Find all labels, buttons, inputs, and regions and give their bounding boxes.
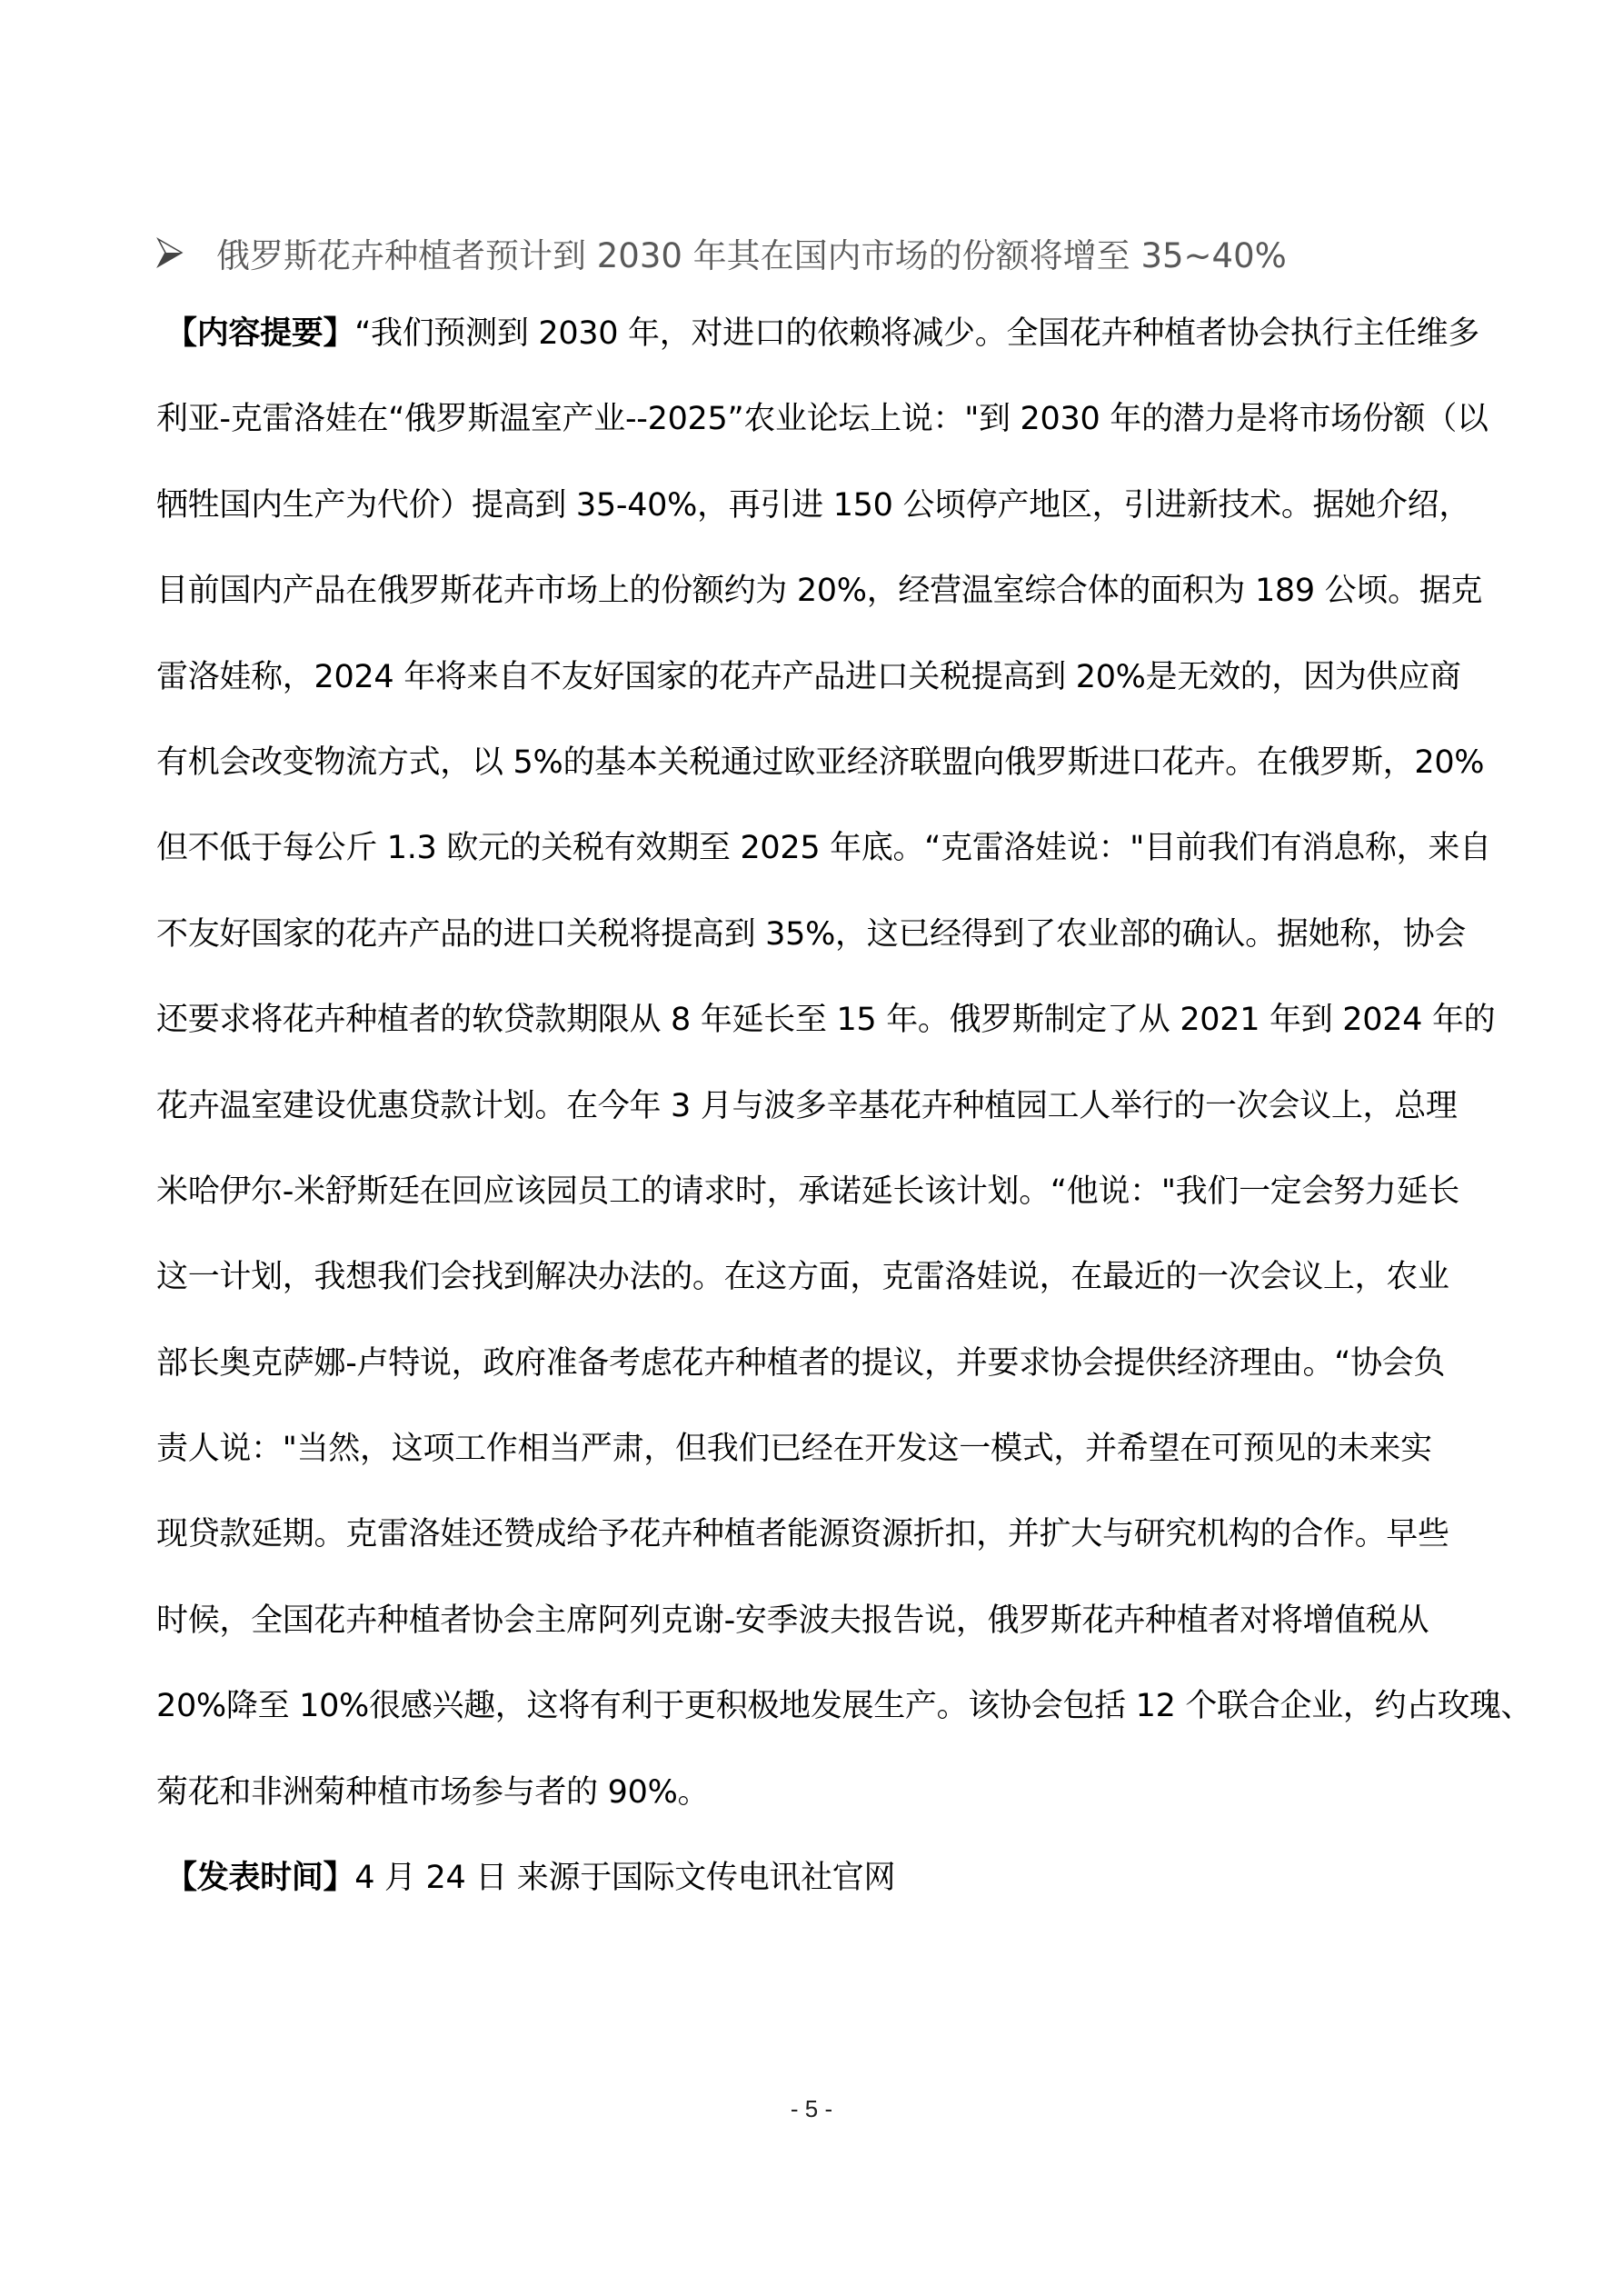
summary-line: 责人说："当然，这项工作相当严肃，但我们已经在开发这一模式，并希望在可预见的未来…	[156, 1423, 1483, 1508]
document-page: 俄罗斯花卉种植者预计到 2030 年其在国内市场的份额将增至 35~40% 【内…	[0, 0, 1623, 2296]
summary-line: 现贷款延期。克雷洛娃还赞成给予花卉种植者能源资源折扣，并扩大与研究机构的合作。早…	[156, 1508, 1483, 1593]
heading-text: 俄罗斯花卉种植者预计到 2030 年其在国内市场的份额将增至 35~40%	[216, 228, 1287, 277]
summary-line: 米哈伊尔-米舒斯廷在回应该园员工的请求时，承诺延长该计划。“他说："我们一定会努…	[156, 1165, 1483, 1251]
summary-line: 20%降至 10%很感兴趣，这将有利于更积极地发展生产。该协会包括 12 个联合…	[156, 1680, 1483, 1765]
page-number: - 5 -	[0, 2095, 1623, 2123]
summary-line: 有机会改变物流方式，以 5%的基本关税通过欧亚经济联盟向俄罗斯进口花卉。在俄罗斯…	[156, 736, 1483, 822]
summary-line: 部长奥克萨娜-卢特说，政府准备考虑花卉种植者的提议，并要求协会提供经济理由。“协…	[156, 1337, 1483, 1423]
summary-line: 时候，全国花卉种植者协会主席阿列克谢-安季波夫报告说，俄罗斯花卉种植者对将增值税…	[156, 1594, 1483, 1680]
summary-line: 目前国内产品在俄罗斯花卉市场上的份额约为 20%，经营温室综合体的面积为 189…	[156, 564, 1483, 650]
summary-paragraph: 【内容提要】“我们预测到 2030 年，对进口的依赖将减少。全国花卉种植者协会执…	[156, 307, 1483, 1937]
article-heading: 俄罗斯花卉种植者预计到 2030 年其在国内市场的份额将增至 35~40%	[156, 225, 1287, 280]
summary-line: 但不低于每公斤 1.3 欧元的关税有效期至 2025 年底。“克雷洛娃说："目前…	[156, 822, 1483, 907]
arrowhead-bullet-icon	[156, 237, 184, 268]
summary-line: 【内容提要】“我们预测到 2030 年，对进口的依赖将减少。全国花卉种植者协会执…	[156, 307, 1483, 393]
summary-line: 菊花和非洲菊种植市场参与者的 90%。	[156, 1766, 1483, 1852]
summary-line: 利亚-克雷洛娃在“俄罗斯温室产业--2025”农业论坛上说："到 2030 年的…	[156, 393, 1483, 478]
summary-line: 牺牲国内生产为代价）提高到 35-40%，再引进 150 公顷停产地区，引进新技…	[156, 479, 1483, 564]
summary-line: 雷洛娃称，2024 年将来自不友好国家的花卉产品进口关税提高到 20%是无效的，…	[156, 651, 1483, 736]
publication-info: 【发表时间】4 月 24 日 来源于国际文传电讯社官网	[156, 1852, 1483, 1937]
summary-line: 这一计划，我想我们会找到解决办法的。在这方面，克雷洛娃说，在最近的一次会议上，农…	[156, 1251, 1483, 1336]
publication-label: 【发表时间】	[165, 1860, 354, 1896]
summary-line: 还要求将花卉种植者的软贷款期限从 8 年延长至 15 年。俄罗斯制定了从 202…	[156, 993, 1483, 1079]
summary-line: 不友好国家的花卉产品的进口关税将提高到 35%，这已经得到了农业部的确认。据她称…	[156, 908, 1483, 993]
summary-label: 【内容提要】	[165, 315, 354, 352]
summary-line: 花卉温室建设优惠贷款计划。在今年 3 月与波多辛基花卉种植园工人举行的一次会议上…	[156, 1080, 1483, 1165]
publication-text: 4 月 24 日 来源于国际文传电讯社官网	[354, 1860, 895, 1896]
